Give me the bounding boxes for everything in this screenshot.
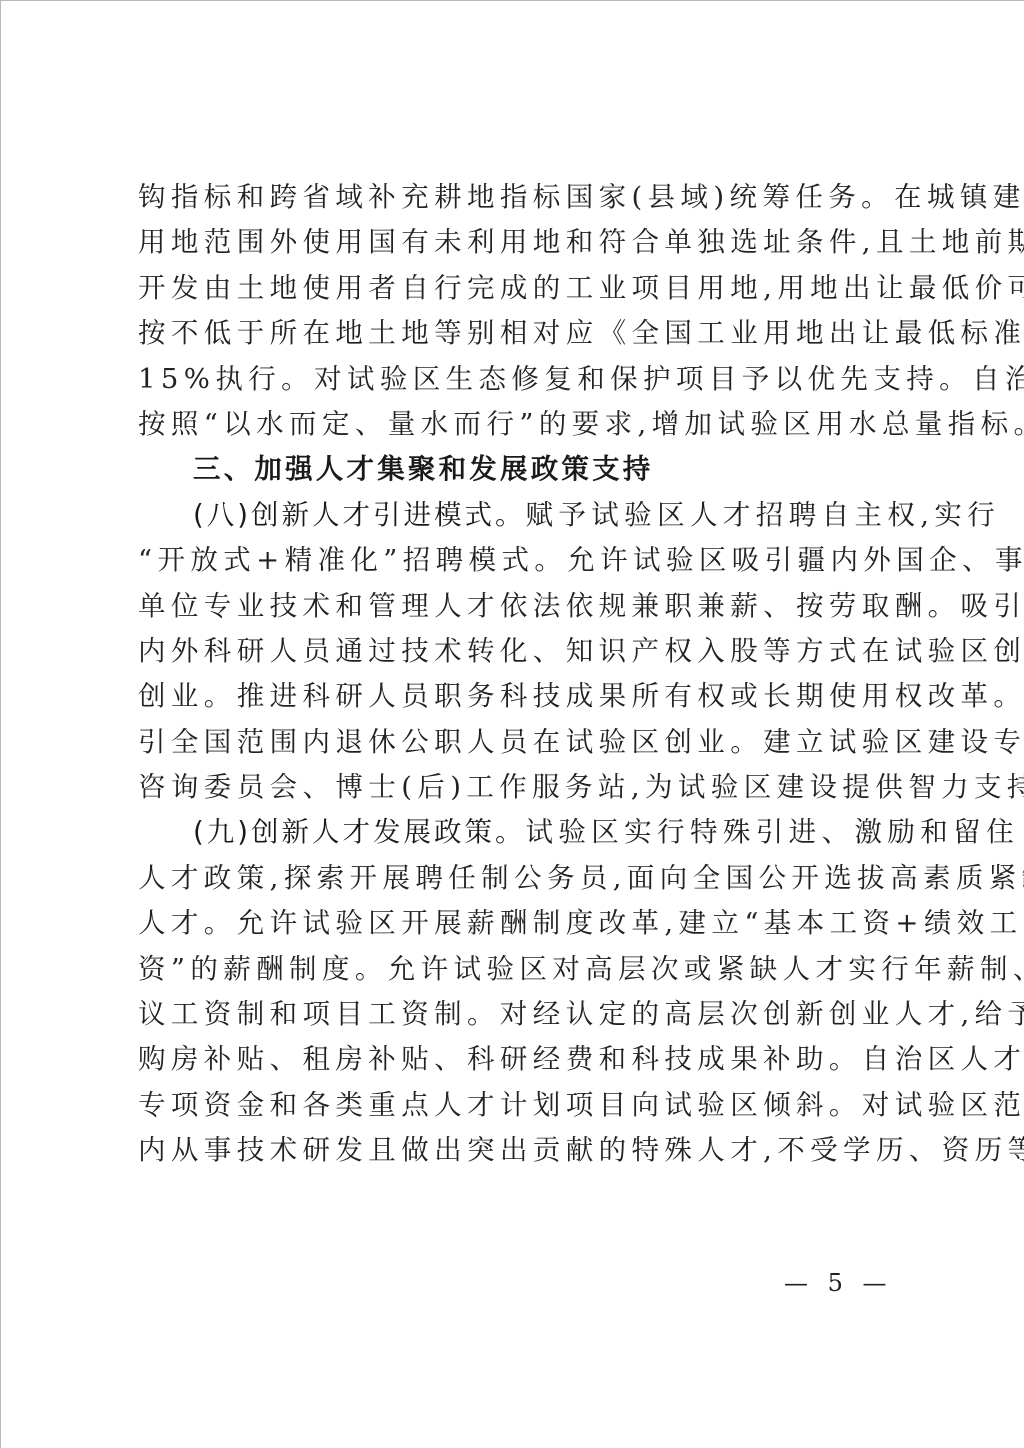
paragraph-9-first-line: (九)创新人才发展政策。试验区实行特殊引进、激励和留住 [138, 810, 894, 855]
text-line: 内从事技术研发且做出突出贡献的特殊人才,不受学历、资历等条 [138, 1128, 894, 1173]
text-line: 资”的薪酬制度。允许试验区对高层次或紧缺人才实行年薪制、协 [138, 947, 894, 992]
text-line: 按不低于所在地土地等别相对应《全国工业用地出让最低标准》的 [138, 311, 894, 356]
paragraph-8-first-line-text: 赋予试验区人才招聘自主权,实行 [525, 499, 1000, 531]
text-line: 人才。允许试验区开展薪酬制度改革,建立“基本工资+绩效工 [138, 901, 894, 946]
text-line: 人才政策,探索开展聘任制公务员,面向全国公开选拔高素质紧缺 [138, 856, 894, 901]
paragraph-9-first-line-text: 试验区实行特殊引进、激励和留住 [525, 816, 1019, 848]
text-line: 开发由土地使用者自行完成的工业项目用地,用地出让最低价可 [138, 266, 894, 311]
text-line: 专项资金和各类重点人才计划项目向试验区倾斜。对试验区范围 [138, 1083, 894, 1128]
text-line: 单位专业技术和管理人才依法依规兼职兼薪、按劳取酬。吸引疆 [138, 584, 894, 629]
text-line: 15%执行。对试验区生态修复和保护项目予以优先支持。自治区 [138, 357, 894, 402]
text-line: 按照“以水而定、量水而行”的要求,增加试验区用水总量指标。 [138, 402, 894, 447]
paragraph-8-first-line: (八)创新人才引进模式。赋予试验区人才招聘自主权,实行 [138, 493, 894, 538]
document-page: 钩指标和跨省域补充耕地指标国家(县域)统筹任务。在城镇建设 用地范围外使用国有未… [0, 0, 1024, 1448]
section-heading: 三、加强人才集聚和发展政策支持 [138, 447, 894, 492]
paragraph-8-lead: (八)创新人才引进模式。 [193, 499, 525, 531]
text-line: 钩指标和跨省域补充耕地指标国家(县域)统筹任务。在城镇建设 [138, 175, 894, 220]
text-line: 购房补贴、租房补贴、科研经费和科技成果补助。自治区人才发展 [138, 1037, 894, 1082]
text-line: 用地范围外使用国有未利用地和符合单独选址条件,且土地前期 [138, 220, 894, 265]
text-line: “开放式+精准化”招聘模式。允许试验区吸引疆内外国企、事业 [138, 538, 894, 583]
text-line: 议工资制和项目工资制。对经认定的高层次创新创业人才,给予 [138, 992, 894, 1037]
document-body: 钩指标和跨省域补充耕地指标国家(县域)统筹任务。在城镇建设 用地范围外使用国有未… [138, 175, 894, 1174]
text-line: 内外科研人员通过技术转化、知识产权入股等方式在试验区创新 [138, 629, 894, 674]
page-number: — 5 — [784, 1269, 884, 1297]
text-line: 引全国范围内退休公职人员在试验区创业。建立试验区建设专家 [138, 720, 894, 765]
text-line: 创业。推进科研人员职务科技成果所有权或长期使用权改革。吸 [138, 674, 894, 719]
paragraph-9-lead: (九)创新人才发展政策。 [193, 816, 525, 848]
text-line: 咨询委员会、博士(后)工作服务站,为试验区建设提供智力支持。 [138, 765, 894, 810]
